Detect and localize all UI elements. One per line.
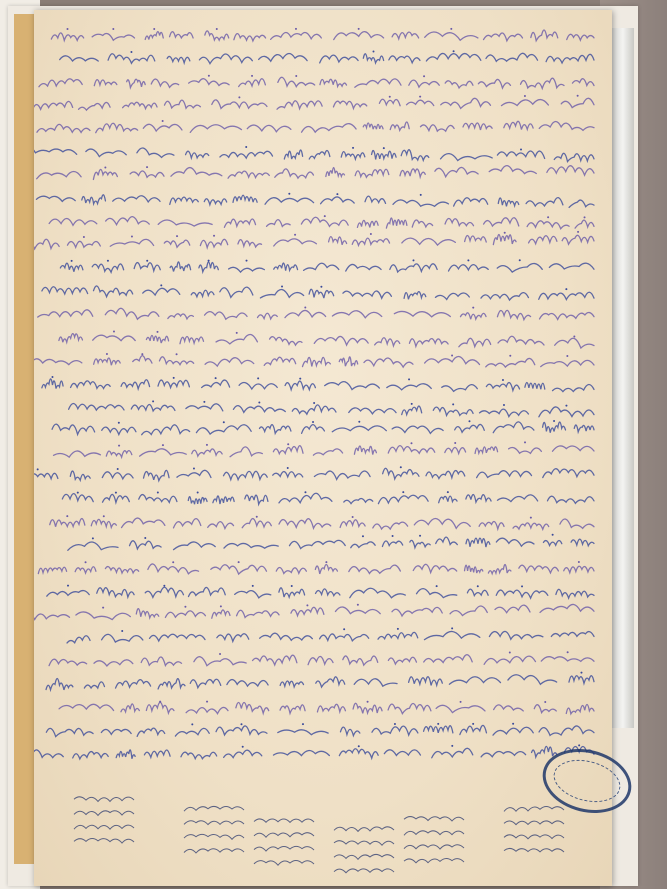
handwriting-body: [34, 10, 612, 886]
binder-clip: [612, 28, 634, 728]
manuscript-page: [34, 10, 612, 886]
